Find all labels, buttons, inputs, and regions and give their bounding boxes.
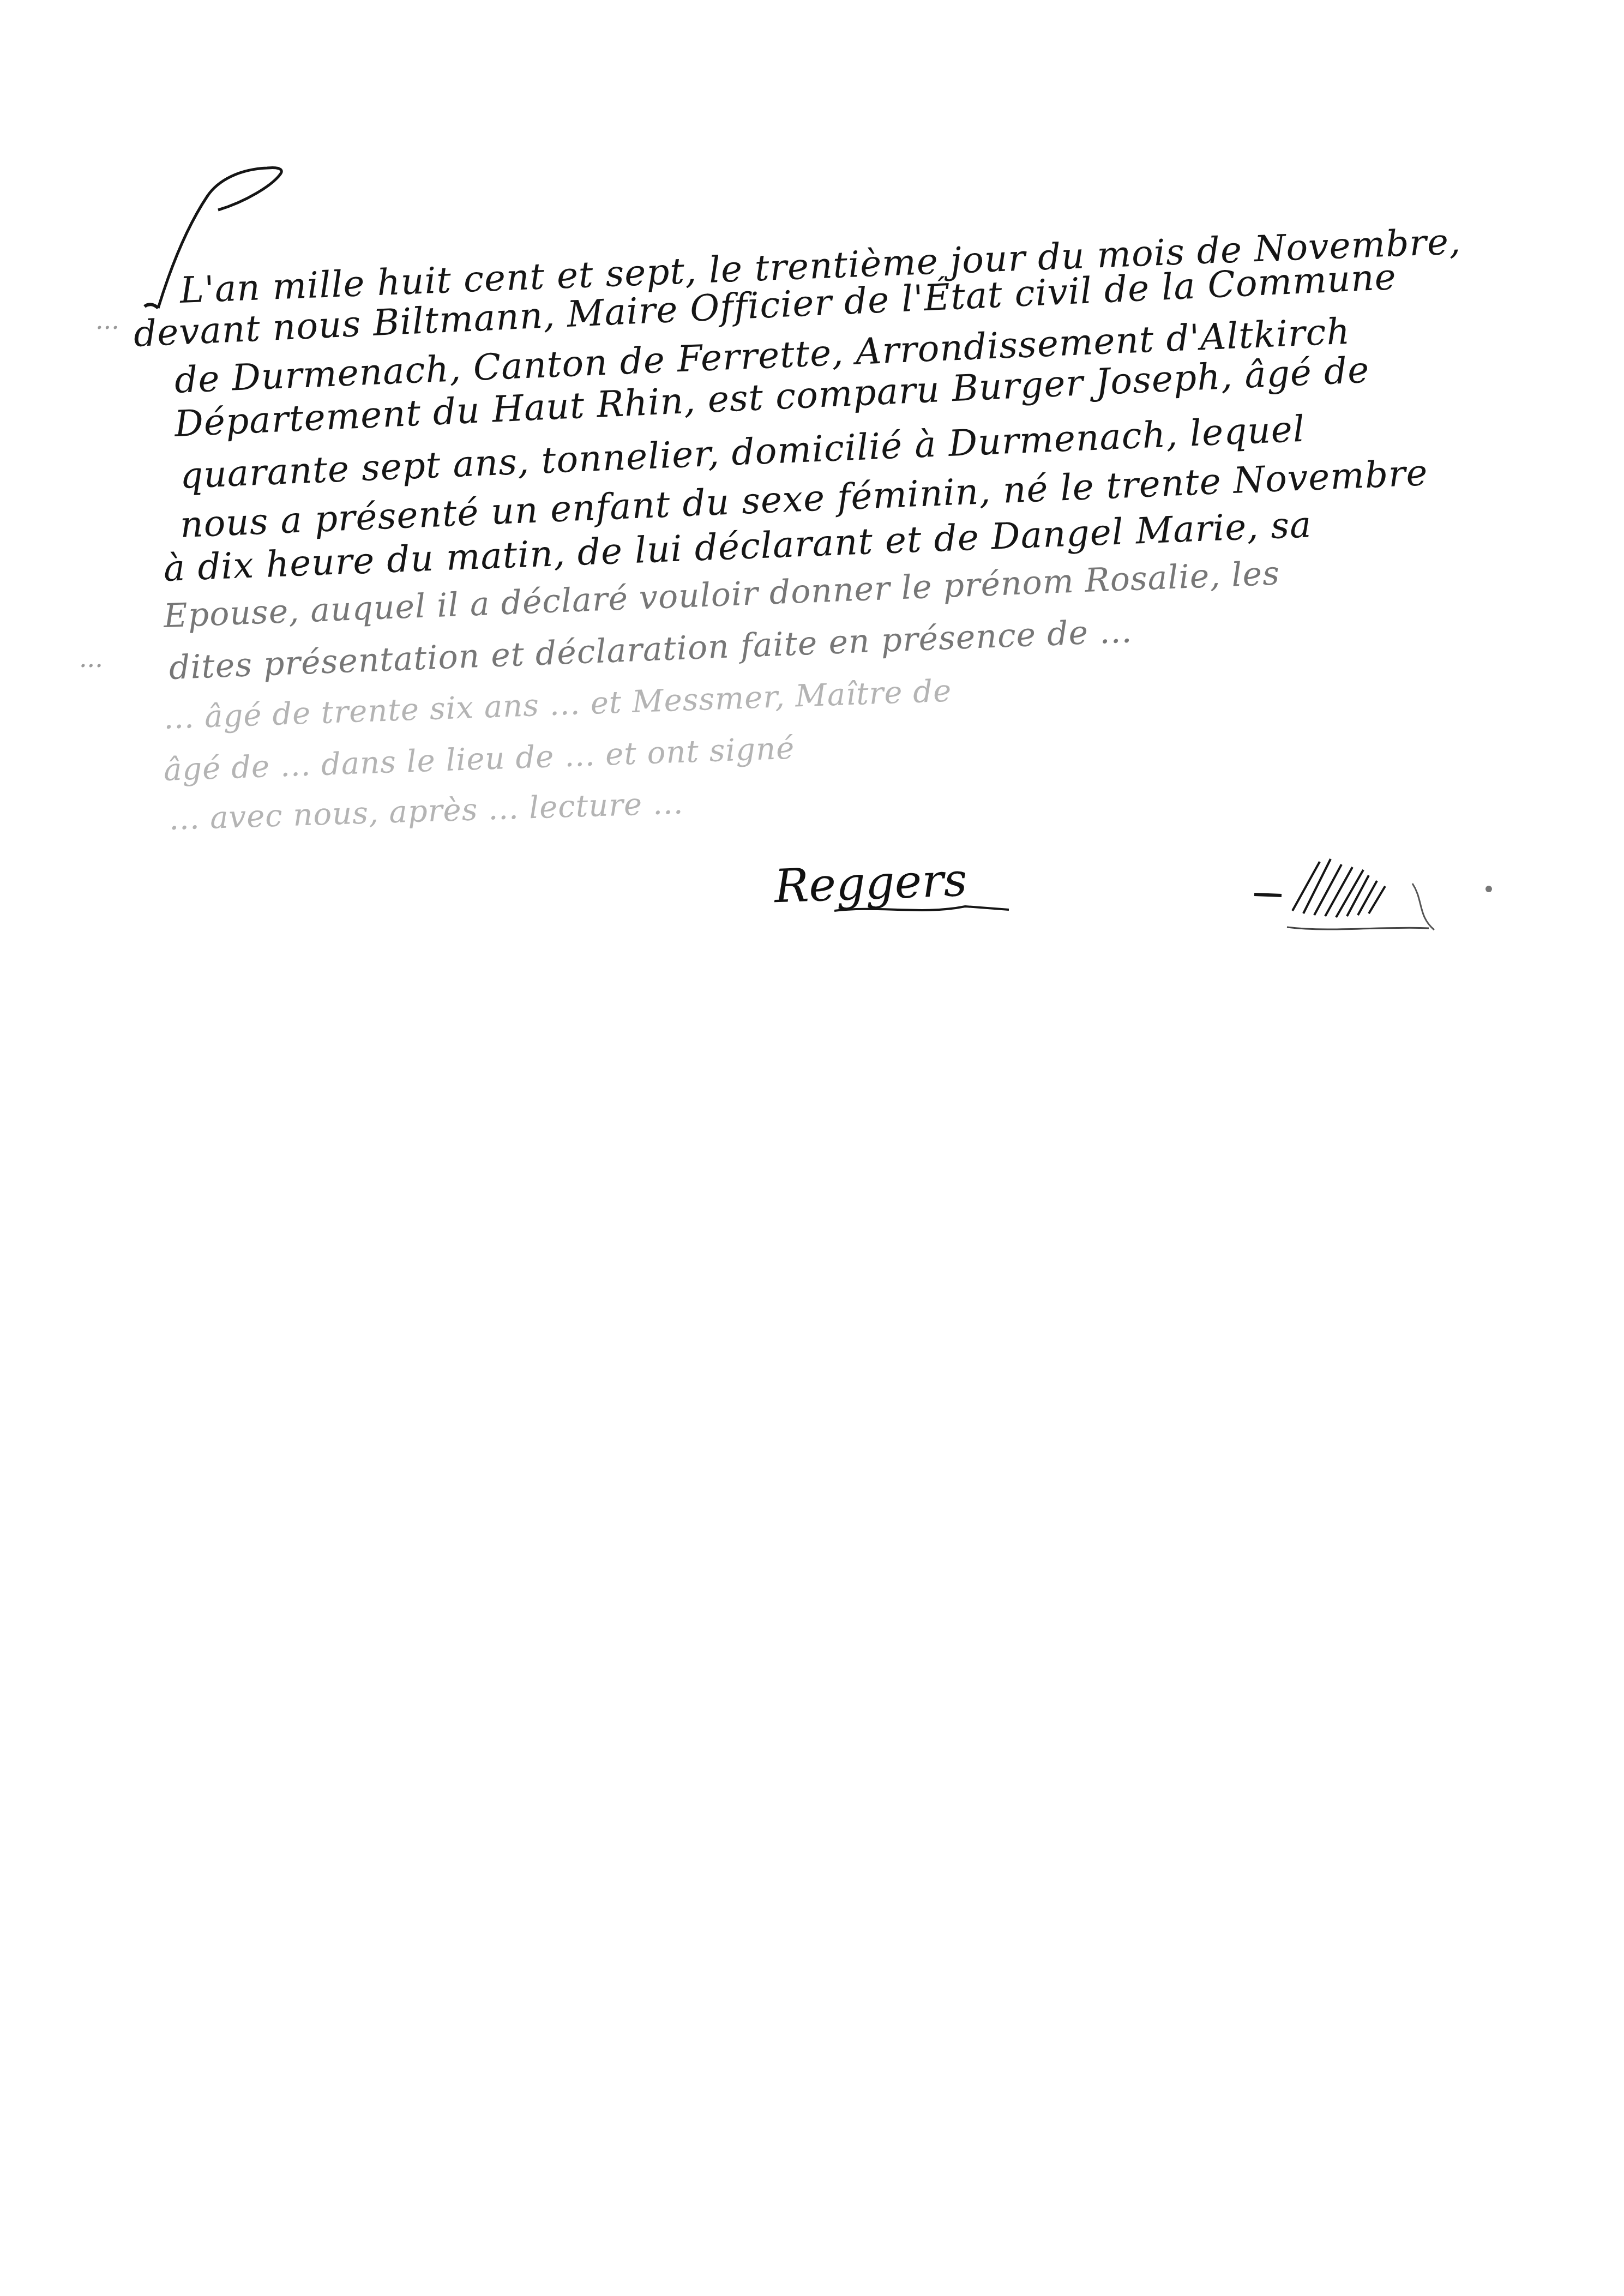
record-line-11: âgé de ... dans le lieu de ... et ont si…: [163, 734, 795, 786]
signature-mayor-scribble: [1249, 851, 1505, 933]
record-line-12: ... avec nous, après ... lecture ...: [169, 788, 684, 835]
signature-flourish-icon: [834, 900, 1009, 916]
margin-note-left-bottom: ...: [79, 644, 103, 673]
record-line-10: ... âgé de trente six ans ... et Messmer…: [163, 676, 952, 734]
margin-note-left-top: ...: [95, 305, 119, 335]
document-page: L'an mille huit cent et sept, le trentiè…: [0, 0, 1624, 2296]
